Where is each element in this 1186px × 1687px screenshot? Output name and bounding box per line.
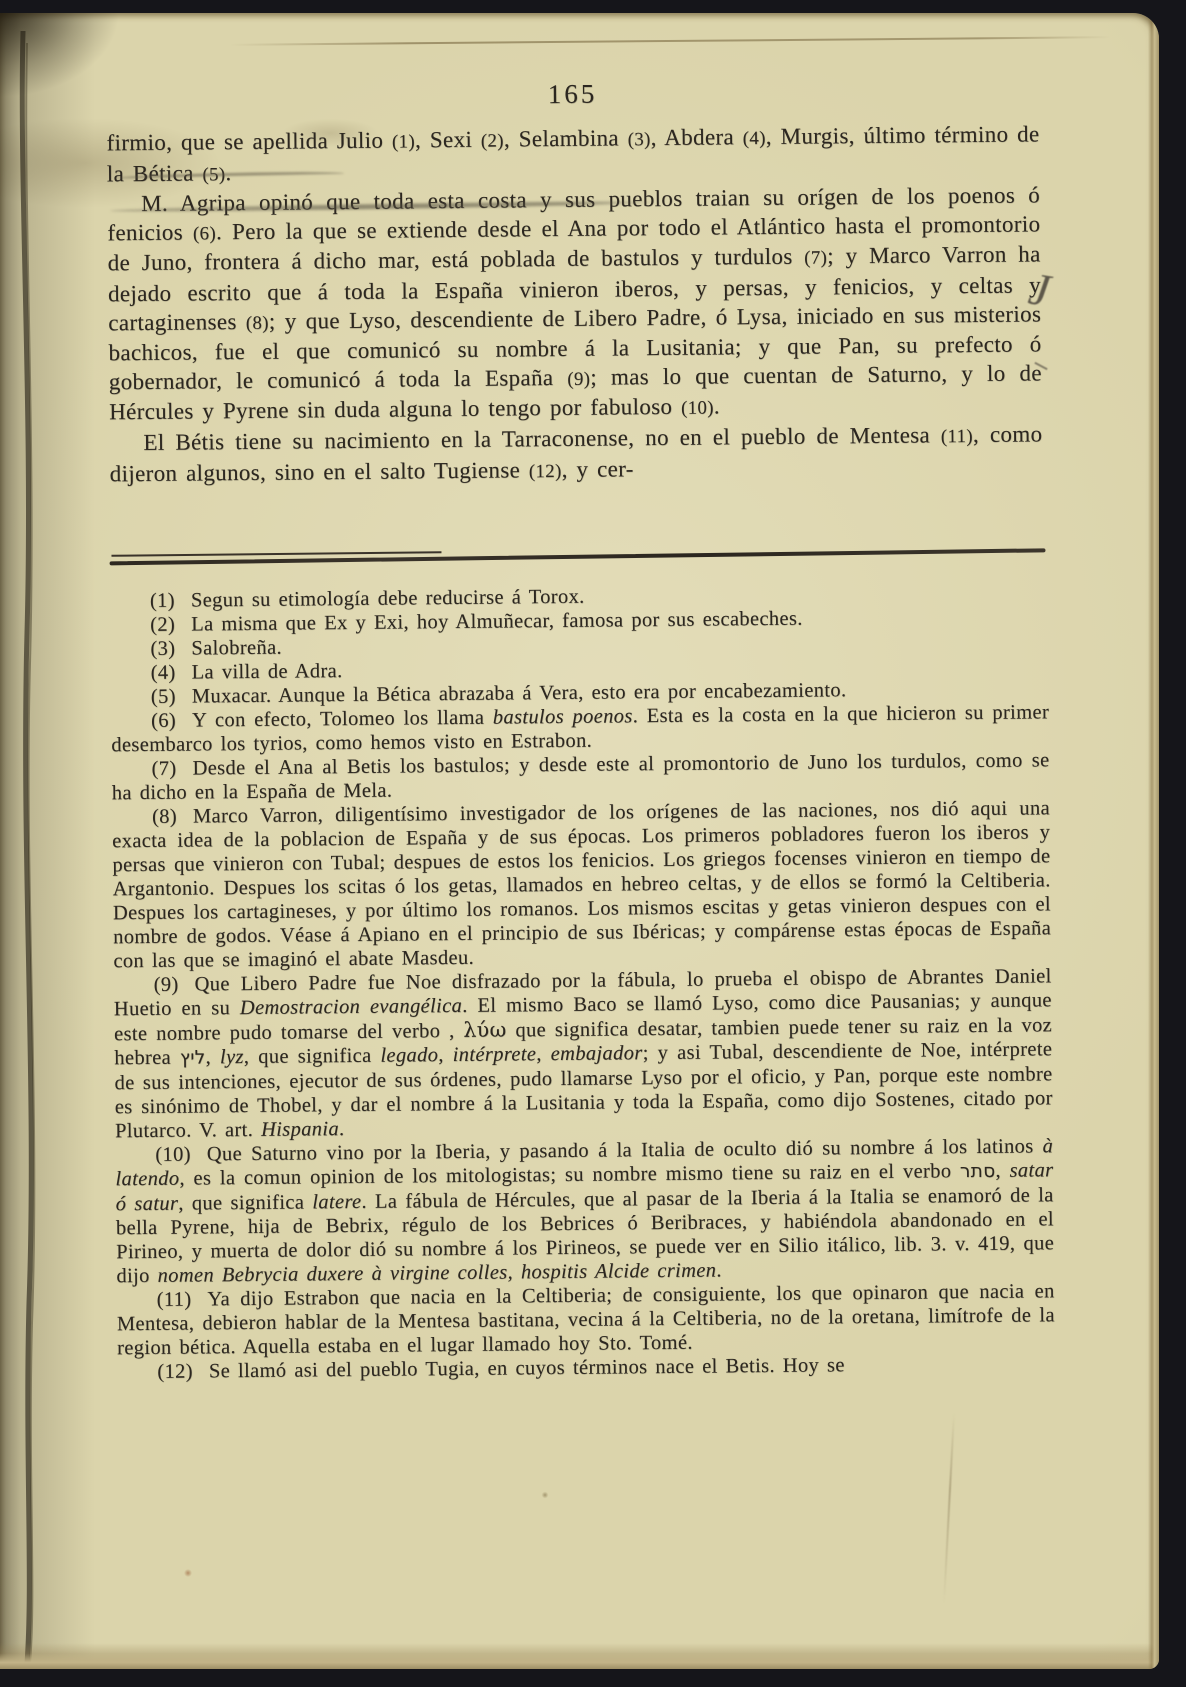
footnote-number: (12) (157, 1361, 193, 1383)
text-segment: . (339, 1118, 345, 1140)
footnote-item: (8)Marco Varron, diligentísimo investiga… (112, 796, 1052, 973)
text-segment: , (995, 1160, 1009, 1182)
text-segment: , Sexi (415, 127, 481, 153)
page-edge-bottom (0, 1643, 1159, 1669)
footnote-number: (11) (157, 1289, 192, 1311)
text-segment: , es la comun opinion de los mitologista… (179, 1160, 960, 1189)
text-segment-italic: latere (312, 1191, 361, 1213)
text-segment: , y cer- (562, 456, 634, 482)
footnote-separator-rule (110, 548, 1046, 565)
text-segment: Se llamó asi del pueblo Tugia, en cuyos … (209, 1354, 845, 1382)
text-segment-italic: Demostracion evangélica (240, 995, 463, 1019)
text-segment-hebrew: סתר (960, 1161, 996, 1182)
text-segment-fnref: (7) (804, 248, 827, 269)
text-segment-fnref: (12) (529, 460, 562, 481)
text-segment: , (438, 1044, 453, 1066)
book-page: 165 firmio, que se apellida Julio (1), S… (0, 13, 1159, 1669)
text-segment: La misma que Ex y Exi, hoy Almuñecar, fa… (191, 608, 803, 636)
footnote-number: (5) (151, 686, 176, 708)
footnote-number: (1) (150, 590, 175, 612)
text-segment-italic: intérprete (453, 1043, 537, 1066)
text-segment: Desde el Ana al Betis los bastulos; y de… (112, 749, 1050, 804)
text-segment: , que significa (178, 1191, 312, 1214)
text-segment: La villa de Adra. (191, 660, 342, 683)
text-segment: firmio, que se apellida Julio (106, 128, 392, 156)
text-segment-italic: lyz (220, 1046, 244, 1068)
text-segment: , (536, 1043, 551, 1065)
text-segment: . (716, 1259, 722, 1281)
body-paragraph: M. Agripa opinó que toda esta costa y su… (107, 182, 1042, 430)
body-paragraph: firmio, que se apellida Julio (1), Sexi … (106, 120, 1040, 190)
page-edge-right (1148, 13, 1159, 1669)
footnote-number: (3) (150, 638, 175, 660)
text-segment-italic: embajador (551, 1042, 643, 1065)
text-segment: Salobreña. (191, 637, 282, 660)
text-segment-fnref: (2) (481, 131, 504, 152)
text-segment-fnref: (3) (628, 129, 651, 150)
footnote-item: (9)Que Libero Padre fue Noe disfrazado p… (114, 964, 1054, 1143)
footnote-number: (6) (151, 710, 176, 732)
text-segment-italic: legado (380, 1044, 438, 1067)
page-number: 165 (0, 73, 1152, 115)
text-segment: Marco Varron, diligentísimo investigador… (112, 797, 1051, 972)
text-segment: , que significa (244, 1045, 381, 1068)
text-segment-fnref: (8) (246, 312, 269, 333)
footnote-item: (11)Ya dijo Estrabon que nacia en la Cel… (117, 1279, 1056, 1360)
text-segment: Y con efecto, Tolomeo los llama (192, 707, 493, 732)
text-segment: Ya dijo Estrabon que nacia en la Celtibe… (117, 1280, 1055, 1359)
footnote-list: (1)Segun su etimología debe reducirse á … (110, 580, 1056, 1384)
scan-background: 165 firmio, que se apellida Julio (1), S… (0, 0, 1186, 1687)
footnote-number: (2) (150, 614, 175, 636)
text-segment-fnref: (11) (941, 426, 973, 447)
text-segment-fnref: (9) (567, 368, 590, 389)
page-content: 165 firmio, que se apellida Julio (1), S… (0, 13, 1159, 1669)
text-segment-greek: λύω (463, 1018, 506, 1042)
text-segment: , Abdera (651, 124, 743, 150)
footnote-number: (8) (152, 806, 177, 828)
text-segment-fnref: (1) (392, 131, 415, 152)
text-segment: . (714, 394, 720, 419)
text-segment: Segun su etimología debe reducirse á Tor… (191, 586, 585, 612)
footnote-number: (4) (151, 662, 176, 684)
text-segment-fnref: (10) (681, 398, 714, 419)
margin-annotation-pencil: J (1023, 261, 1083, 334)
footnote-number: (9) (154, 974, 179, 996)
text-segment-fnref: (6) (193, 223, 216, 244)
footnote-number: (10) (155, 1144, 191, 1166)
footnote-item: (10)Que Saturno vino por la Iberia, y pa… (115, 1134, 1054, 1288)
text-segment-italic: Hispania (261, 1118, 339, 1141)
text-segment-hebrew: ליץ (180, 1047, 206, 1068)
footnote-number: (7) (151, 758, 176, 780)
text-segment: , (205, 1046, 220, 1068)
text-segment-fnref: (4) (743, 128, 766, 149)
text-segment: , Selambina (504, 125, 628, 151)
text-segment: El Bétis tiene su nacimiento en la Tarra… (143, 422, 941, 455)
body-text: firmio, que se apellida Julio (1), Sexi … (106, 120, 1042, 490)
body-paragraph: El Bétis tiene su nacimiento en la Tarra… (109, 420, 1043, 490)
text-segment-italic: bastulos poenos (493, 705, 633, 728)
